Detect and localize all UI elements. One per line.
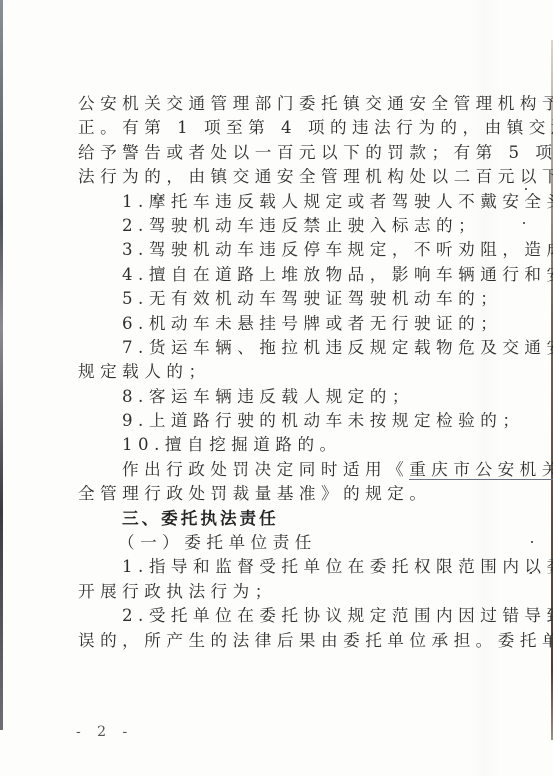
text-line: 给予警告或者处以一百元以下的罚款；有第 5 项至第 10 项的违 (78, 141, 480, 165)
list-item: 7.货运车辆、拖拉机违反规定载物危及交通安全或者违反 (78, 336, 480, 360)
list-item: 6.机动车未悬挂号牌或者无行驶证的； (78, 312, 480, 336)
intro-paragraph: 公安机关交通管理部门委托镇交通安全管理机构予以制止和纠 正。有第 1 项至第 4… (78, 92, 480, 190)
list-item: 1.摩托车违反载人规定或者驾驶人不戴安全头盔的； (78, 190, 480, 214)
subsection-heading: （一）委托单位责任 (78, 531, 480, 555)
handwritten-underline-text: 重庆市公安机关道路 (409, 460, 553, 480)
text-line: 公安机关交通管理部门委托镇交通安全管理机构予以制止和纠 (78, 92, 480, 116)
citation-line: 全管理行政处罚裁量基准》的规定。 (78, 482, 480, 506)
list-item: 10.擅自挖掘道路的。 (78, 433, 480, 457)
document-body: 公安机关交通管理部门委托镇交通安全管理机构予以制止和纠 正。有第 1 项至第 4… (78, 92, 480, 653)
text-line: 正。有第 1 项至第 4 项的违法行为的，由镇交通安全管理机构 (78, 116, 480, 140)
list-item-continuation: 误的，所产生的法律后果由委托单位承担。委托单位承担相应 (78, 629, 480, 653)
section-heading: 三、委托执法责任 (78, 507, 480, 531)
citation-prefix: 作出行政处罚决定同时适用《 (122, 460, 409, 479)
list-item: 4.擅自在道路上堆放物品，影响车辆通行和安全的； (78, 263, 480, 287)
section-3: 三、委托执法责任 （一）委托单位责任 1.指导和监督受托单位在委托权限范围内以委… (78, 507, 480, 653)
list-item: 3.驾驶机动车违反停车规定，不听劝阻，造成交通堵塞的； (78, 238, 480, 262)
list-item: 1.指导和监督受托单位在委托权限范围内以委托单位名义 (78, 555, 480, 579)
list-item: 2.受托单位在委托协议规定范围内因过错导致案件处罚错 (78, 604, 480, 628)
text-line: 法行为的，由镇交通安全管理机构处以二百元以下的罚款： (78, 165, 480, 189)
scan-edge-left (0, 0, 3, 730)
scan-speck (531, 541, 533, 543)
list-item-continuation: 开展行政执法行为； (78, 580, 480, 604)
page-number: - 2 - (76, 724, 133, 740)
list-item: 2.驾驶机动车违反禁止驶入标志的； (78, 214, 480, 238)
violations-list: 1.摩托车违反载人规定或者驾驶人不戴安全头盔的； 2.驾驶机动车违反禁止驶入标志… (78, 190, 480, 458)
list-item: 8.客运车辆违反载人规定的； (78, 385, 480, 409)
scan-speck (525, 188, 527, 190)
scan-speck (523, 222, 525, 224)
citation-line: 作出行政处罚决定同时适用《重庆市公安机关道路交通安 (78, 458, 480, 482)
list-item-continuation: 规定载人的； (78, 360, 480, 384)
citation-paragraph: 作出行政处罚决定同时适用《重庆市公安机关道路交通安 全管理行政处罚裁量基准》的规… (78, 458, 480, 507)
list-item: 5.无有效机动车驾驶证驾驶机动车的； (78, 287, 480, 311)
list-item: 9.上道路行驶的机动车未按规定检验的； (78, 409, 480, 433)
